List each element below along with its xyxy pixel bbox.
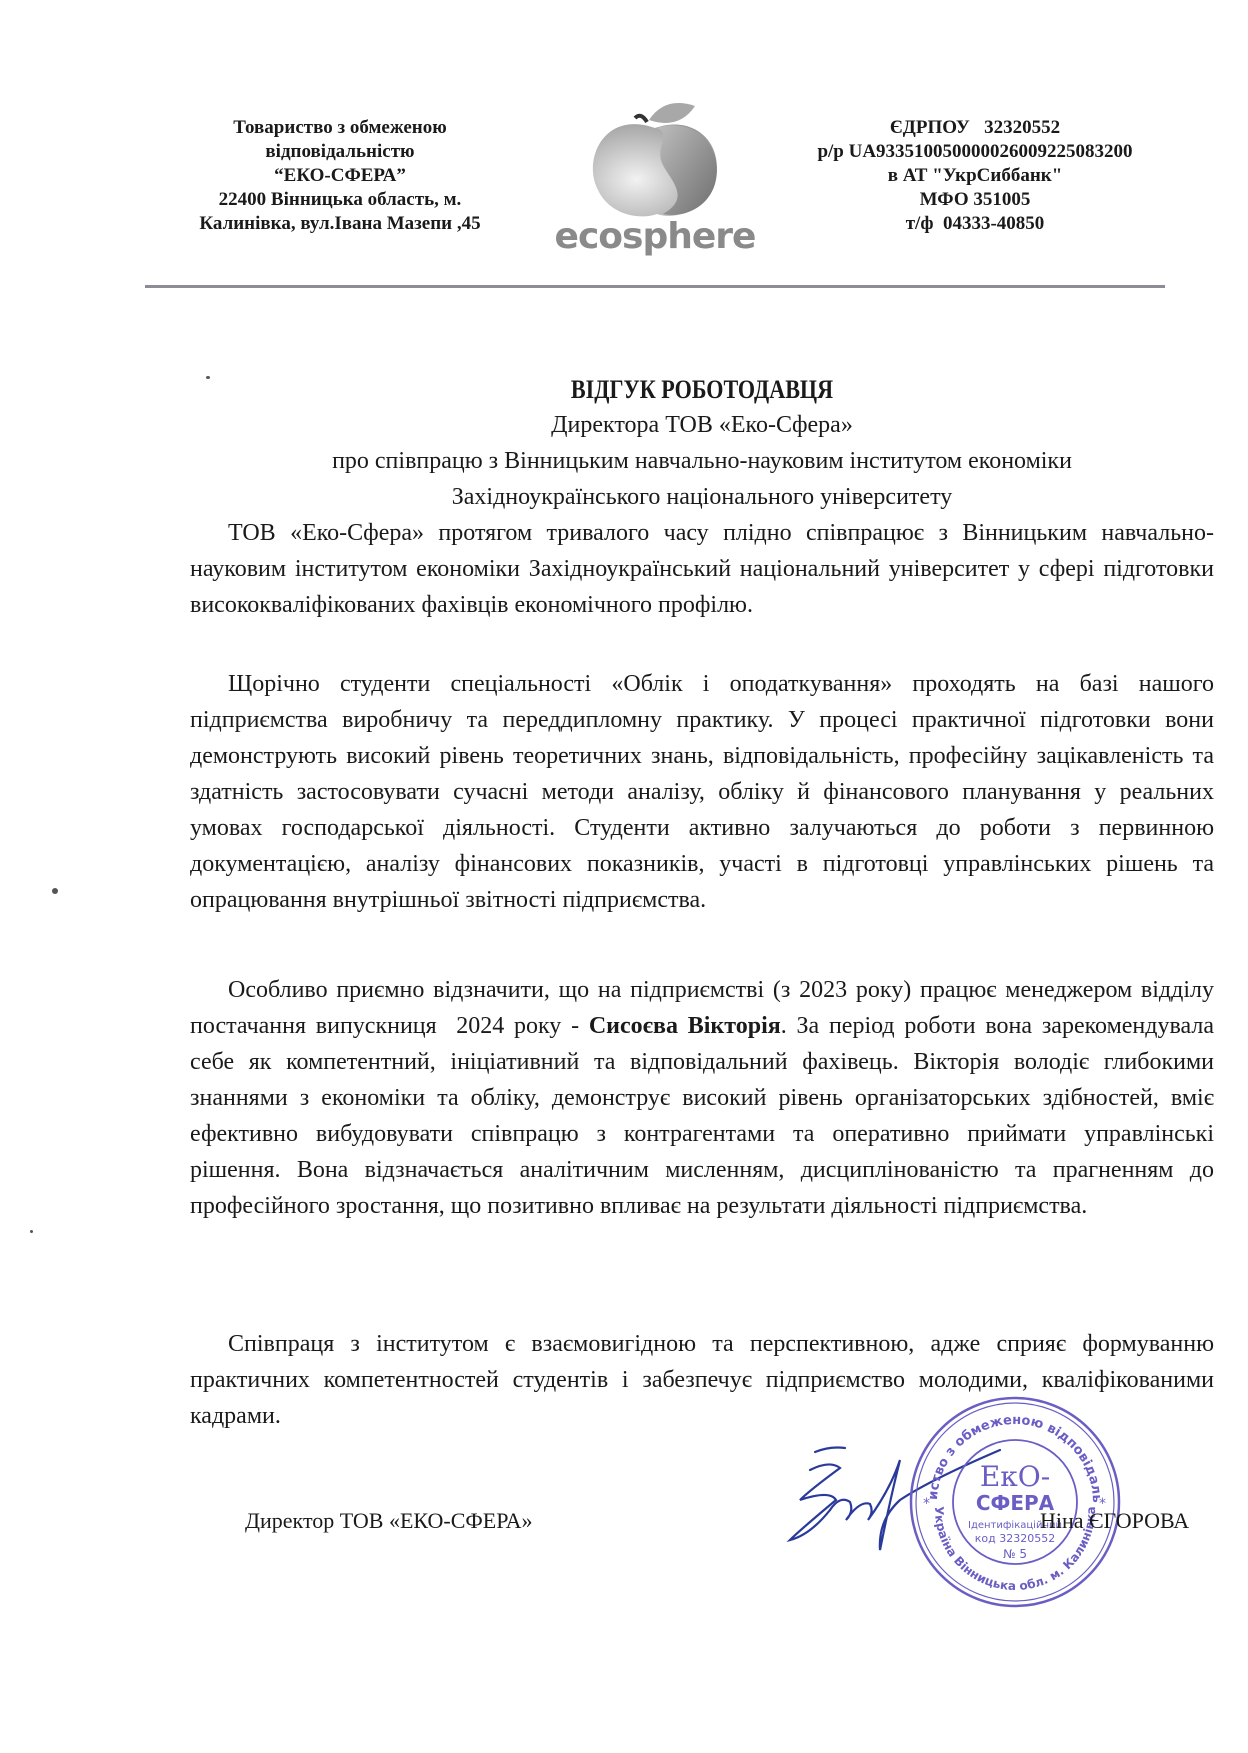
svg-text:№ 5: № 5 <box>1003 1547 1027 1561</box>
edrpou-line: ЄДРПОУ 32320552 <box>790 116 1160 140</box>
company-details: Товариство з обмеженою відповідальністю … <box>150 116 530 236</box>
bank-details: ЄДРПОУ 32320552 р/р UA933510050000026009… <box>790 116 1160 236</box>
logo-wordmark: ecosphere <box>545 216 765 257</box>
company-line: Товариство з обмеженою <box>150 116 530 140</box>
bank-line: в АТ "УкрСиббанк" <box>790 164 1160 188</box>
scan-speck <box>30 1230 33 1233</box>
document-title: ВІДГУК РОБОТОДАВЦЯ <box>267 372 1137 408</box>
phone-line: т/ф 04333-40850 <box>790 212 1160 236</box>
paragraph: Щорічно студенти спеціальності «Облік і … <box>190 666 1214 918</box>
company-line: Калинівка, вул.Івана Мазепи ,45 <box>150 212 530 236</box>
account-line: р/р UA933510050000026009225083200 <box>790 140 1160 164</box>
company-line: 22400 Вінницька область, м. <box>150 188 530 212</box>
apple-yin-yang-logo-icon <box>545 92 765 222</box>
scan-speck <box>206 376 210 379</box>
header-divider <box>145 285 1165 288</box>
svg-text:*: * <box>923 1496 930 1512</box>
paragraph-text: . За період роботи вона зарекомендувала … <box>190 1013 1214 1219</box>
signatory-name: Ніна ЄГОРОВА <box>1040 1508 1189 1534</box>
company-line: “ЕКО-СФЕРА” <box>150 164 530 188</box>
paragraph: ТОВ «Еко-Сфера» протягом тривалого часу … <box>190 515 1214 623</box>
document-subtitle: Директора ТОВ «Еко-Сфера» <box>190 407 1214 443</box>
scan-speck <box>52 888 58 894</box>
document-about-line: про співпрацю з Вінницьким навчально-нау… <box>190 443 1214 479</box>
document-about-line: Західноукраїнського національного універ… <box>190 479 1214 515</box>
ecosphere-logo: ecosphere <box>545 92 765 260</box>
graduate-name: Сисоєва Вікторія <box>589 1013 781 1039</box>
paragraph: Особливо приємно відзначити, що на підпр… <box>190 972 1214 1224</box>
company-seal-icon: Товариство з обмеженою відповідальністю … <box>905 1392 1125 1612</box>
svg-text:ЕкО-: ЕкО- <box>980 1460 1050 1493</box>
signatory-position: Директор ТОВ «ЕКО-СФЕРА» <box>245 1508 533 1534</box>
company-line: відповідальністю <box>150 140 530 164</box>
mfo-line: МФО 351005 <box>790 188 1160 212</box>
